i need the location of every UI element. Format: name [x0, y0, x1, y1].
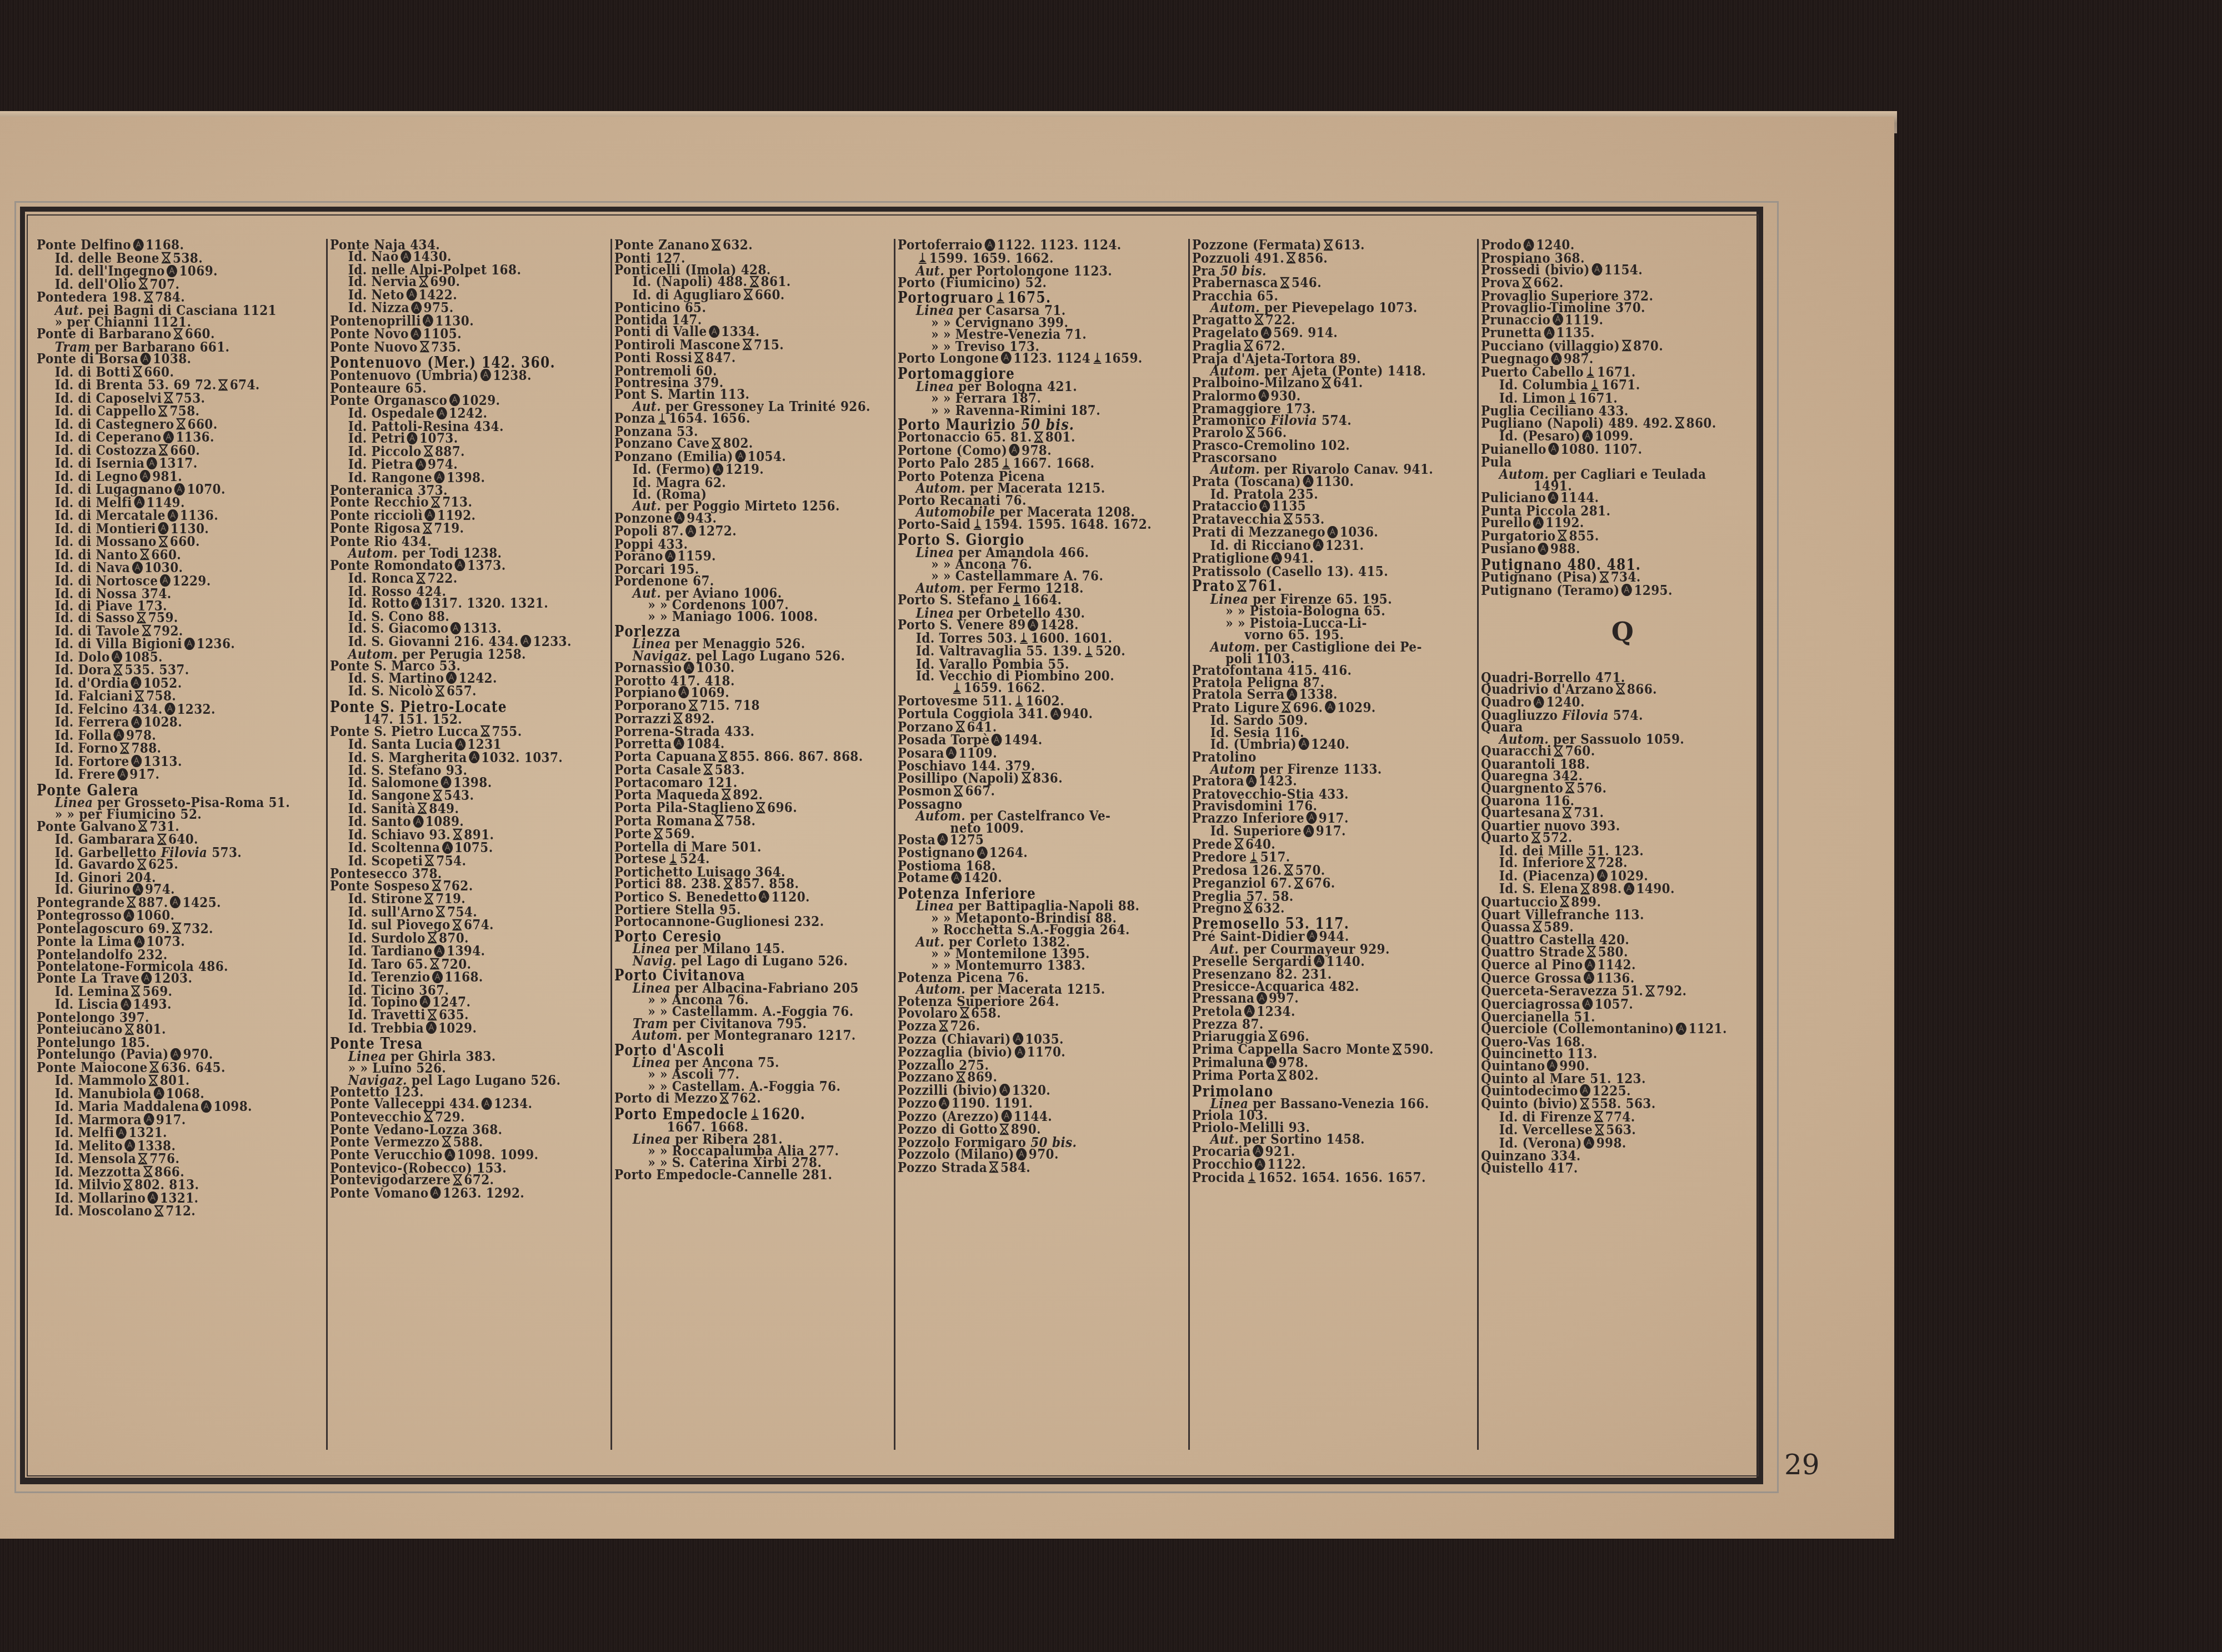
auto-icon: [437, 407, 447, 419]
auto-icon: [411, 302, 422, 314]
auto-icon: [174, 483, 185, 495]
tram-icon: [418, 802, 427, 814]
table-reference-numbers: 1029.: [1337, 699, 1375, 715]
table-reference-numbers: 1070.: [187, 481, 225, 497]
ship-icon: [918, 252, 927, 264]
index-column-6: Prodo1240.Prospiano 368.Prossedi (bivio)…: [1479, 239, 1768, 1450]
entry-name: Porto Empedocle-Cannelle 281.: [614, 1167, 832, 1183]
auto-icon: [133, 239, 144, 251]
entry-name: » » Maniago 1006. 1008.: [648, 608, 818, 624]
tram-icon: [127, 896, 136, 908]
table-reference-numbers: 1168.: [444, 969, 483, 985]
tram-icon: [423, 1110, 433, 1123]
auto-icon: [1299, 738, 1309, 750]
tram-icon: [722, 788, 731, 800]
auto-icon: [1287, 688, 1297, 700]
auto-icon: [1303, 825, 1314, 837]
entry-name: Porto di Mezzo: [614, 1090, 718, 1106]
entry-name: Prima Porta: [1192, 1067, 1275, 1083]
auto-icon: [1001, 352, 1012, 364]
tram-icon: [1245, 426, 1255, 438]
index-entry: Pozzo Strada584.: [898, 1162, 1145, 1175]
tram-icon: [1565, 782, 1575, 794]
auto-icon: [521, 635, 531, 647]
auto-icon: [1544, 327, 1554, 339]
table-reference-numbers: 719.: [434, 520, 464, 536]
tram-icon: [1277, 1069, 1287, 1082]
tram-icon: [481, 725, 490, 737]
table-reference-numbers: 1231.: [1325, 537, 1364, 553]
tram-icon: [694, 352, 704, 364]
entry-name: » » Ravenna-Rimini 187.: [931, 402, 1100, 418]
tram-icon: [1280, 277, 1289, 289]
auto-icon: [1548, 443, 1559, 455]
tram-icon: [124, 1023, 134, 1035]
table-reference-numbers: 613.: [1335, 237, 1365, 253]
table-reference-numbers: 917.: [129, 766, 159, 782]
auto-icon: [446, 672, 457, 684]
auto-icon: [112, 650, 122, 663]
table-reference-numbers: 836.: [1033, 770, 1063, 786]
tram-icon: [138, 278, 148, 290]
table-reference-numbers: 641.: [1333, 374, 1363, 391]
ship-icon: [1002, 457, 1011, 469]
tram-icon: [1554, 745, 1563, 757]
tram-icon: [1675, 417, 1684, 429]
index-entry: Prima Porta802.: [1192, 1069, 1434, 1083]
tram-icon: [453, 1174, 462, 1186]
ship-icon: [1084, 645, 1093, 657]
auto-icon: [434, 471, 445, 483]
table-reference-numbers: 1098.: [213, 1098, 252, 1114]
auto-icon: [132, 562, 143, 574]
auto-icon: [133, 883, 143, 895]
tram-icon: [712, 437, 721, 449]
tram-icon: [164, 392, 173, 404]
index-entry: Puianello1080. 1107.: [1481, 443, 1725, 457]
tram-icon: [703, 763, 713, 775]
auto-icon: [141, 353, 151, 365]
tram-icon: [442, 1135, 451, 1148]
auto-icon: [665, 550, 675, 562]
auto-icon: [992, 734, 1002, 746]
section-letter: Q: [1481, 626, 1764, 638]
tram-icon: [1594, 1124, 1604, 1136]
table-reference-numbers: 632.: [723, 237, 753, 253]
tram-icon: [416, 572, 426, 584]
entry-name: Pregno: [1192, 900, 1242, 916]
auto-icon: [116, 1127, 127, 1139]
auto-icon: [1592, 263, 1602, 276]
tram-icon: [435, 685, 444, 697]
entry-name: Ponte Vomano: [330, 1185, 429, 1201]
auto-icon: [147, 457, 157, 469]
auto-icon: [1314, 955, 1324, 967]
tram-icon: [138, 820, 148, 832]
entry-name: Putignano (Teramo): [1481, 582, 1620, 598]
tram-icon: [158, 535, 168, 548]
ship-icon: [1012, 594, 1021, 606]
table-reference-numbers: 1420.: [964, 869, 1002, 885]
auto-icon: [469, 751, 479, 763]
auto-icon: [1313, 539, 1324, 551]
tram-icon: [956, 1071, 965, 1083]
table-reference-numbers: 590.: [1404, 1041, 1434, 1057]
table-reference-numbers: 1120.: [771, 889, 809, 905]
auto-icon: [140, 470, 151, 482]
table-reference-numbers: 762.: [731, 1090, 761, 1106]
entry-name: Portocannone-Guglionesi 232.: [614, 913, 824, 929]
tram-icon: [453, 828, 462, 840]
tram-icon: [653, 828, 663, 840]
tram-icon: [1599, 571, 1609, 583]
index-entry: Putignano (Teramo)1295.: [1481, 584, 1725, 598]
table-reference-numbers: 660.: [755, 287, 785, 303]
table-reference-numbers: 1652. 1654. 1656. 1657.: [1258, 1169, 1426, 1185]
auto-icon: [1524, 239, 1534, 251]
tram-icon: [436, 905, 445, 918]
tram-icon: [1243, 902, 1253, 914]
auto-icon: [1580, 1084, 1590, 1097]
table-reference-numbers: 715.: [754, 337, 784, 353]
tram-icon: [1558, 529, 1567, 542]
table-reference-numbers: 1594. 1595. 1648. 1672.: [984, 516, 1152, 532]
table-reference-numbers: 674.: [230, 377, 260, 393]
tram-icon: [1615, 683, 1625, 695]
entry-name: Porto-Said: [898, 516, 970, 532]
ship-icon: [973, 518, 982, 530]
auto-icon: [759, 890, 769, 903]
tram-icon: [742, 338, 752, 351]
table-reference-numbers: 940.: [1063, 705, 1093, 722]
auto-icon: [163, 431, 174, 443]
tram-icon: [419, 341, 429, 353]
auto-icon: [1624, 883, 1634, 895]
tram-icon: [424, 893, 434, 905]
tram-icon: [1531, 832, 1540, 844]
table-reference-numbers: 1140.: [1327, 953, 1365, 969]
auto-icon: [939, 1097, 949, 1109]
tram-icon: [1580, 1098, 1589, 1110]
table-reference-numbers: 735.: [431, 339, 461, 355]
index-entry: Portocannone-Guglionesi 232.: [614, 915, 852, 927]
table-reference-numbers: 860.: [1686, 415, 1716, 431]
table-reference-numbers: 758.: [725, 813, 755, 829]
auto-icon: [984, 239, 995, 251]
tram-icon: [1021, 772, 1030, 784]
ship-icon: [952, 682, 962, 694]
auto-icon: [1583, 430, 1593, 442]
table-reference-numbers: 855. 866. 867. 868.: [729, 748, 863, 764]
tram-icon: [431, 496, 441, 508]
auto-icon: [482, 1098, 492, 1110]
table-reference-numbers: 1295.: [1634, 582, 1672, 598]
tram-icon: [1594, 1110, 1603, 1123]
table-reference-numbers: 988.: [1550, 540, 1580, 557]
auto-icon: [158, 522, 168, 534]
auto-icon: [1050, 708, 1061, 720]
auto-icon: [170, 896, 181, 908]
tram-icon: [425, 854, 434, 867]
tram-icon: [1560, 895, 1569, 908]
auto-icon: [685, 525, 696, 537]
table-reference-numbers: 696.: [767, 799, 797, 815]
tram-icon: [1580, 883, 1590, 895]
auto-icon: [134, 496, 144, 508]
index-column-5: Pozzone (Fermata)613.Pozzuoli 491.856.Pr…: [1190, 239, 1479, 1450]
tram-icon: [113, 664, 123, 676]
ship-icon: [1585, 366, 1595, 378]
auto-icon: [1582, 998, 1593, 1010]
auto-icon: [1622, 584, 1632, 596]
tram-icon: [131, 985, 141, 997]
auto-icon: [413, 815, 423, 828]
tram-icon: [1622, 339, 1631, 352]
auto-icon: [1272, 552, 1282, 564]
tram-icon: [157, 833, 166, 845]
index-entry: Id. Frere917.: [37, 768, 283, 782]
auto-icon: [1303, 475, 1314, 487]
entry-name: Pratissolo (Casello 13). 415.: [1192, 563, 1388, 579]
table-reference-numbers: 1121.: [1688, 1020, 1726, 1037]
tram-icon: [1522, 277, 1532, 289]
auto-icon: [411, 597, 422, 609]
tram-icon: [433, 789, 442, 802]
auto-icon: [451, 622, 461, 634]
table-reference-numbers: 1263. 1292.: [443, 1185, 524, 1201]
table-reference-numbers: 1233.: [533, 633, 571, 649]
ship-icon: [668, 853, 678, 865]
auto-icon: [143, 1113, 154, 1125]
auto-icon: [131, 716, 142, 728]
index-entry: Pusiano988.: [1481, 543, 1725, 556]
entry-name: Id. Frere: [55, 766, 116, 782]
tram-icon: [723, 878, 733, 890]
tram-icon: [1294, 877, 1303, 889]
table-reference-numbers: 1069.: [179, 263, 217, 279]
auto-icon: [977, 847, 987, 859]
auto-icon: [153, 1087, 164, 1099]
auto-icon: [160, 574, 171, 587]
index-entry: » » Maniago 1006. 1008.: [614, 610, 852, 622]
table-reference-numbers: 1490.: [1636, 880, 1674, 897]
ship-icon: [1093, 352, 1102, 364]
auto-icon: [1534, 696, 1544, 708]
service-type-label: Navig.: [633, 953, 677, 969]
auto-icon: [142, 972, 152, 984]
table-reference-numbers: 1238.: [493, 367, 531, 383]
table-reference-numbers: 1659.: [1104, 350, 1142, 366]
auto-icon: [131, 677, 142, 689]
auto-icon: [1259, 500, 1270, 512]
tram-icon: [1254, 313, 1263, 326]
tram-icon: [423, 522, 432, 534]
tram-icon: [999, 1123, 1009, 1135]
tram-icon: [719, 1092, 729, 1104]
auto-icon: [684, 662, 694, 674]
table-reference-numbers: 657.: [447, 683, 477, 699]
tram-icon: [1244, 339, 1253, 352]
auto-icon: [1013, 1033, 1023, 1045]
auto-icon: [1257, 992, 1267, 1004]
entry-name: Quistello 417.: [1481, 1160, 1578, 1176]
auto-icon: [713, 463, 723, 475]
entry-name: Porto (Fiumicino) 52.: [898, 274, 1047, 291]
table-reference-numbers: 1170.: [1027, 1044, 1065, 1060]
entry-name: Pozzo Strada: [898, 1159, 987, 1175]
tram-icon: [673, 712, 683, 724]
auto-icon: [678, 686, 689, 698]
tram-icon: [1645, 985, 1655, 997]
auto-icon: [1553, 313, 1563, 326]
auto-icon: [1551, 353, 1562, 365]
table-reference-numbers: 732.: [183, 920, 213, 937]
auto-icon: [1548, 492, 1559, 504]
ship-icon: [1019, 632, 1029, 644]
tram-icon: [954, 785, 963, 797]
entry-name: pel Lago di Lugano 526.: [681, 953, 848, 969]
index-column-1: Ponte Delfino1168.Id. delle Beone538.Id.…: [34, 239, 328, 1450]
auto-icon: [171, 1048, 181, 1060]
entry-name: Potame: [898, 869, 949, 885]
auto-icon: [1538, 543, 1548, 555]
tram-icon: [172, 922, 181, 934]
auto-icon: [1547, 1059, 1558, 1072]
ship-icon: [996, 291, 1005, 303]
tram-icon: [430, 958, 439, 970]
auto-icon: [1325, 701, 1335, 713]
auto-icon: [735, 450, 745, 462]
auto-icon: [431, 1187, 441, 1199]
ship-icon: [1247, 1171, 1257, 1183]
auto-icon: [1255, 1158, 1265, 1170]
tram-icon: [123, 1179, 133, 1191]
auto-icon: [449, 394, 460, 406]
tram-icon: [959, 1007, 969, 1019]
auto-icon: [1584, 1137, 1594, 1149]
tram-icon: [159, 444, 168, 456]
auto-icon: [407, 432, 418, 444]
tram-icon: [218, 379, 228, 391]
index-entry: Autom. per Cagliari e Teulada: [1481, 468, 1725, 480]
tram-icon: [688, 699, 698, 712]
tram-icon: [718, 750, 728, 763]
auto-icon: [1584, 972, 1594, 984]
ship-icon: [1590, 379, 1599, 391]
tram-icon: [176, 418, 186, 430]
tram-icon: [1587, 945, 1596, 958]
auto-icon: [1246, 775, 1257, 787]
index-entry: Porto-Said1594. 1595. 1648. 1672.: [898, 518, 1145, 532]
auto-icon: [481, 369, 491, 381]
index-column-4: Portoferraio1122. 1123. 1124.1599. 1659.…: [895, 239, 1190, 1450]
tram-icon: [419, 276, 428, 288]
tram-icon: [173, 328, 183, 340]
tram-icon: [1234, 838, 1243, 850]
table-reference-numbers: 667.: [965, 783, 995, 799]
tram-icon: [1283, 513, 1293, 525]
table-reference-numbers: 970.: [1029, 1146, 1059, 1162]
tram-icon: [1322, 377, 1331, 389]
index-entry: Ponte Vomano1263. 1292.: [330, 1187, 568, 1200]
auto-icon: [148, 1192, 158, 1204]
auto-icon: [401, 251, 411, 263]
table-reference-numbers: 1494.: [1004, 732, 1042, 748]
tram-icon: [452, 919, 462, 931]
ship-icon: [750, 1108, 759, 1120]
auto-icon: [1676, 1023, 1686, 1035]
auto-icon: [1261, 327, 1272, 339]
table-reference-numbers: 520.: [1095, 643, 1125, 659]
index-entry: Procida1652. 1654. 1656. 1657.: [1192, 1172, 1434, 1185]
auto-icon: [1258, 389, 1269, 402]
tram-icon: [1268, 1030, 1277, 1042]
table-reference-numbers: 1123. 1124: [1013, 350, 1090, 366]
index-entry: Porto di Mezzo762.: [614, 1092, 852, 1105]
auto-icon: [426, 1022, 437, 1034]
table-reference-numbers: 1236.: [197, 635, 235, 652]
auto-icon: [131, 755, 142, 767]
entry-name: Ponte Nuovo: [330, 339, 418, 355]
index-entry: Quistello 417.: [1481, 1162, 1725, 1174]
table-reference-numbers: 576.: [1577, 780, 1607, 796]
table-reference-numbers: 1373.: [467, 557, 506, 573]
tram-icon: [149, 1061, 159, 1073]
tram-icon: [1034, 431, 1043, 443]
table-reference-numbers: 1620.: [762, 1106, 805, 1123]
table-reference-numbers: 1398.: [447, 469, 485, 485]
entry-name: Porto Longone: [898, 350, 999, 366]
auto-icon: [999, 1084, 1010, 1096]
table-reference-numbers: 632.: [1255, 900, 1285, 916]
auto-icon: [1307, 930, 1317, 942]
auto-icon: [1016, 1148, 1027, 1160]
auto-icon: [441, 776, 452, 788]
tram-icon: [1287, 252, 1296, 264]
auto-icon: [416, 458, 426, 470]
table-reference-numbers: 998.: [1597, 1135, 1627, 1151]
tram-icon: [120, 742, 129, 754]
auto-icon: [1597, 869, 1608, 882]
auto-icon: [121, 998, 131, 1010]
auto-icon: [201, 1100, 212, 1113]
entry-name: per Montegranaro 1217.: [687, 1027, 856, 1043]
tram-icon: [161, 252, 171, 264]
tram-icon: [714, 814, 724, 827]
tram-icon: [427, 932, 437, 944]
tram-icon: [137, 612, 146, 624]
auto-icon: [1306, 812, 1317, 824]
auto-icon: [423, 314, 433, 327]
index-entry: Porto Empedocle-Cannelle 281.: [614, 1169, 852, 1180]
table-reference-numbers: 1032. 1037.: [481, 749, 563, 765]
tram-icon: [135, 690, 144, 702]
tram-icon: [133, 366, 142, 378]
entry-name: Id. Trebbia: [348, 1020, 424, 1036]
tram-icon: [939, 1020, 948, 1032]
table-reference-numbers: 584.: [1000, 1159, 1030, 1175]
table-reference-numbers: 802.: [1289, 1067, 1319, 1083]
tram-icon: [158, 405, 168, 417]
auto-icon: [406, 288, 417, 301]
tram-icon: [743, 288, 753, 301]
index-entry: Ponte Nuovo735.: [330, 341, 568, 354]
tram-icon: [423, 445, 433, 457]
service-type-label: Autom.: [633, 1027, 682, 1043]
auto-icon: [946, 747, 957, 759]
table-reference-numbers: 792.: [1657, 983, 1686, 999]
auto-icon: [125, 1139, 136, 1152]
